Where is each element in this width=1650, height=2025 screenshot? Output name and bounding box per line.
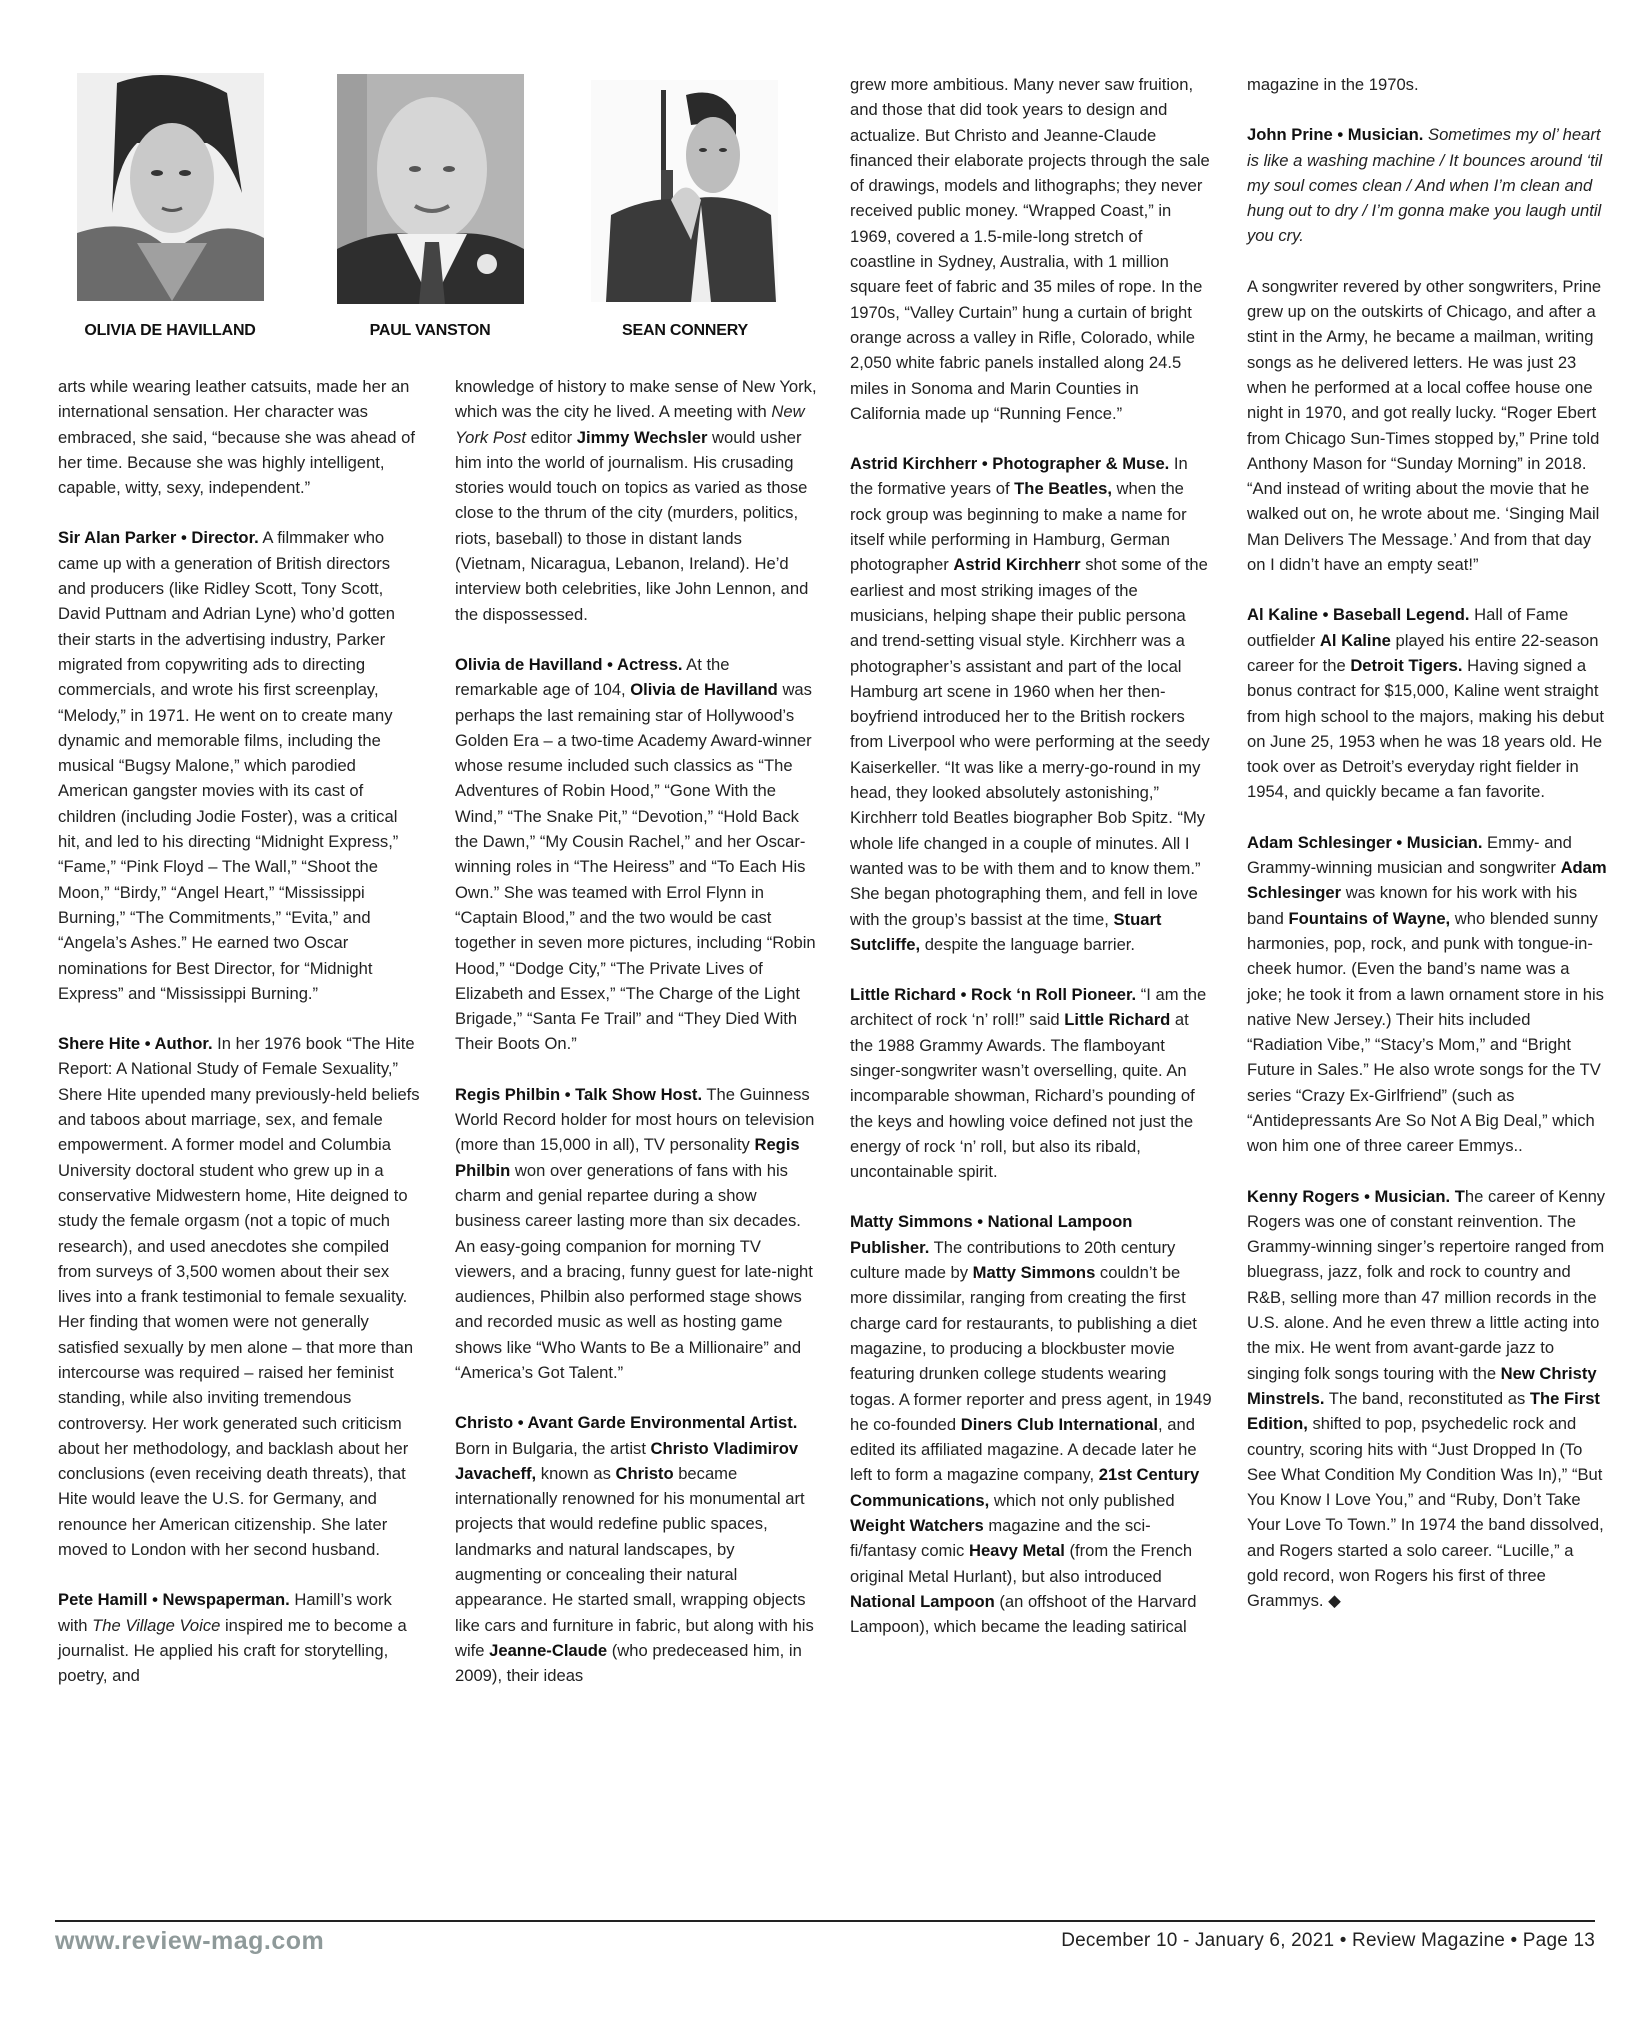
article-column-1: arts while wearing leather catsuits, mad… [58,374,420,1689]
end-of-article-diamond-icon: ◆ [1328,1591,1341,1610]
bold-name: Matty Simmons [973,1263,1096,1282]
page-folio: December 10 - January 6, 2021 • Review M… [1061,1930,1595,1952]
entry-body: Born in Bulgaria, the artist [455,1439,651,1458]
entry-little-richard: Little Richard • Rock ‘n Roll Pioneer. “… [850,982,1212,1184]
entry-body: he career of Kenny Rogers was one of con… [1247,1187,1605,1383]
article-column-2: knowledge of history to make sense of Ne… [455,374,817,1689]
entry-astrid-kirchherr: Astrid Kirchherr • Photographer & Muse. … [850,451,1212,957]
bold-name: Jeanne-Claude [489,1641,607,1660]
entry-adam-schlesinger: Adam Schlesinger • Musician. Emmy- and G… [1247,830,1609,1159]
photo-caption: PAUL VANSTON [300,322,560,340]
bold-name: Olivia de Havilland [630,680,778,699]
bold-name: Fountains of Wayne, [1289,909,1451,928]
entry-body: The band, reconstituted as [1324,1389,1529,1408]
bold-name: Weight Watchers [850,1516,984,1535]
entry-al-kaline: Al Kaline • Baseball Legend. Hall of Fam… [1247,602,1609,804]
portrait-photo-icon [77,73,264,301]
entry-heading: Sir Alan Parker • Director. [58,528,259,547]
entry-body: shifted to pop, psychedelic rock and cou… [1247,1414,1604,1610]
entry-matty-simmons: Matty Simmons • National Lampoon Publish… [850,1209,1212,1639]
photo-caption: SEAN CONNERY [555,322,815,340]
portrait-photo-icon [337,74,524,304]
entry-heading: Christo • Avant Garde Environmental Arti… [455,1413,797,1432]
entry-body: at the 1988 Grammy Awards. The flamboyan… [850,1010,1195,1181]
bold-name: The Beatles, [1014,479,1112,498]
entry-body: couldn’t be more dissimilar, ranging fro… [850,1263,1212,1434]
bold-name: Jimmy Wechsler [577,428,708,447]
entry-body: knowledge of history to make sense of Ne… [455,377,817,421]
entry-pete-hamill-continued: knowledge of history to make sense of Ne… [455,374,817,627]
portrait-photo-icon [591,80,778,302]
entry-body: editor [526,428,577,447]
entry-christo-continued: grew more ambitious. Many never saw frui… [850,72,1212,426]
entry-john-prine-lyric: John Prine • Musician. Sometimes my ol’ … [1247,122,1609,248]
entry-heading: John Prine • Musician. [1247,125,1423,144]
entry-heading: Adam Schlesinger • Musician. [1247,833,1482,852]
entry-john-prine: A songwriter revered by other songwriter… [1247,274,1609,578]
paragraph-continuation: arts while wearing leather catsuits, mad… [58,374,420,500]
entry-heading: Shere Hite • Author. [58,1034,213,1053]
article-column-3: grew more ambitious. Many never saw frui… [850,72,1212,1640]
entry-body: which not only published [989,1491,1174,1510]
entry-heading: Little Richard • Rock ‘n Roll Pioneer. [850,985,1136,1004]
entry-body: Having signed a bonus contract for $15,0… [1247,656,1604,801]
entry-shere-hite: Shere Hite • Author. In her 1976 book “T… [58,1031,420,1562]
entry-heading: Al Kaline • Baseball Legend. [1247,605,1470,624]
bold-name: Christo [616,1464,674,1483]
entry-regis-philbin: Regis Philbin • Talk Show Host. The Guin… [455,1082,817,1386]
bold-name: Heavy Metal [969,1541,1065,1560]
bold-name: Astrid Kirchherr [953,555,1080,574]
entry-heading: Kenny Rogers • Musician. T [1247,1187,1465,1206]
footer-divider [55,1920,1595,1922]
photo-sean-connery [591,80,778,302]
entry-body: would usher him into the world of journa… [455,428,808,624]
entry-christo: Christo • Avant Garde Environmental Arti… [455,1410,817,1688]
bold-name: Al Kaline [1320,631,1391,650]
entry-body: despite the language barrier. [920,935,1135,954]
entry-body: shot some of the earliest and most strik… [850,555,1210,928]
photo-olivia-de-havilland [77,73,264,301]
entry-kenny-rogers: Kenny Rogers • Musician. The career of K… [1247,1184,1609,1614]
entry-heading: Astrid Kirchherr • Photographer & Muse. [850,454,1169,473]
entry-body: known as [536,1464,615,1483]
bold-name: Diners Club International [961,1415,1158,1434]
bold-name: Little Richard [1064,1010,1170,1029]
photo-caption: OLIVIA DE HAVILLAND [40,322,300,340]
entry-body: In her 1976 book “The Hite Report: A Nat… [58,1034,420,1559]
entry-body: won over generations of fans with his ch… [455,1161,813,1382]
publication-title: The Village Voice [92,1616,220,1635]
entry-heading: Olivia de Havilland • Actress. [455,655,682,674]
entry-heading: Pete Hamill • Newspaperman. [58,1590,290,1609]
bold-name: Detroit Tigers. [1350,656,1462,675]
entry-pete-hamill: Pete Hamill • Newspaperman. Hamill’s wor… [58,1587,420,1688]
article-column-4: magazine in the 1970s. John Prine • Musi… [1247,72,1609,1614]
entry-body: was perhaps the last remaining star of H… [455,680,816,1053]
entry-alan-parker: Sir Alan Parker • Director. A filmmaker … [58,525,420,1006]
entry-body: became internationally renowned for his … [455,1464,814,1660]
entry-matty-simmons-continued: magazine in the 1970s. [1247,72,1609,97]
bold-name: National Lampoon [850,1592,995,1611]
entry-heading: Regis Philbin • Talk Show Host. [455,1085,702,1104]
photo-paul-vanston [337,74,524,304]
entry-olivia-de-havilland: Olivia de Havilland • Actress. At the re… [455,652,817,1057]
entry-body: A filmmaker who came up with a generatio… [58,528,398,1002]
entry-body: who blended sunny harmonies, pop, rock, … [1247,909,1604,1156]
site-url-link[interactable]: www.review-mag.com [55,1927,324,1956]
